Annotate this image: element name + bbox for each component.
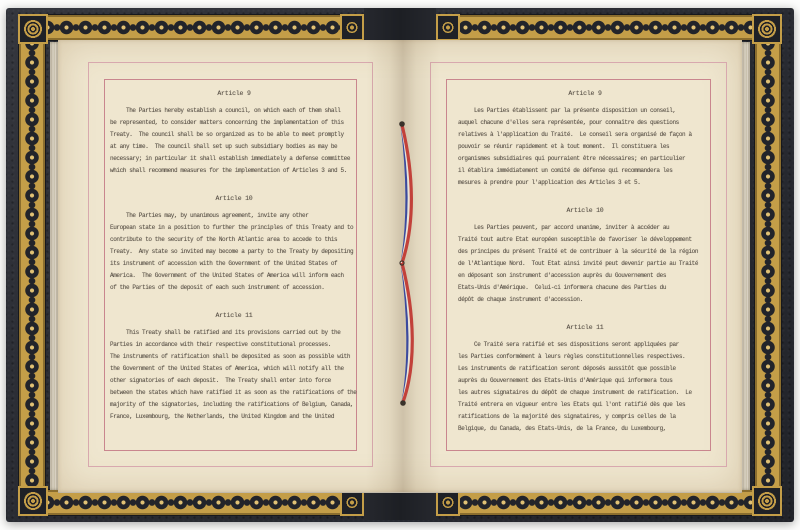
photo-background: Article 9 The Parties hereby establish a…	[0, 0, 800, 530]
page-english-text: Article 9 The Parties hereby establish a…	[110, 88, 358, 423]
spine-top	[364, 8, 436, 41]
grommet-bottom	[400, 400, 406, 406]
gold-cap-ornament	[340, 489, 364, 516]
article-paragraph: Les Parties établissent par la présente …	[458, 105, 712, 189]
article-paragraph: Les Parties peuvent, par accord unanime,…	[458, 222, 712, 306]
book-cover: Article 9 The Parties hereby establish a…	[6, 8, 794, 522]
article-paragraph: This Treaty shall be ratified and its pr…	[110, 327, 358, 423]
article-heading: Article 9	[458, 88, 712, 100]
gold-corner-ornament	[18, 486, 48, 516]
tricolor-ribbon	[385, 112, 425, 416]
gold-border-left	[18, 14, 46, 516]
gold-border-right	[754, 14, 782, 516]
gold-cap-ornament	[436, 489, 460, 516]
gold-corner-ornament	[752, 486, 782, 516]
article-paragraph: The Parties may, by unanimous agreement,…	[110, 210, 358, 294]
open-pages: Article 9 The Parties hereby establish a…	[58, 40, 742, 492]
article-paragraph: The Parties hereby establish a council, …	[110, 105, 358, 177]
gold-corner-ornament	[752, 14, 782, 44]
article-heading: Article 11	[110, 310, 358, 322]
grommet-top	[399, 121, 405, 127]
page-stack-edge-right	[742, 42, 750, 490]
page-stack-edge-left	[50, 42, 58, 490]
gold-cap-ornament	[436, 14, 460, 41]
article-paragraph: Ce Traité sera ratifié et ses dispositio…	[458, 339, 712, 435]
article-heading: Article 10	[458, 205, 712, 217]
page-french-text: Article 9 Les Parties établissent par la…	[458, 88, 712, 435]
article-heading: Article 9	[110, 88, 358, 100]
gold-cap-ornament	[340, 14, 364, 41]
gold-corner-ornament	[18, 14, 48, 44]
article-heading: Article 11	[458, 322, 712, 334]
article-heading: Article 10	[110, 193, 358, 205]
